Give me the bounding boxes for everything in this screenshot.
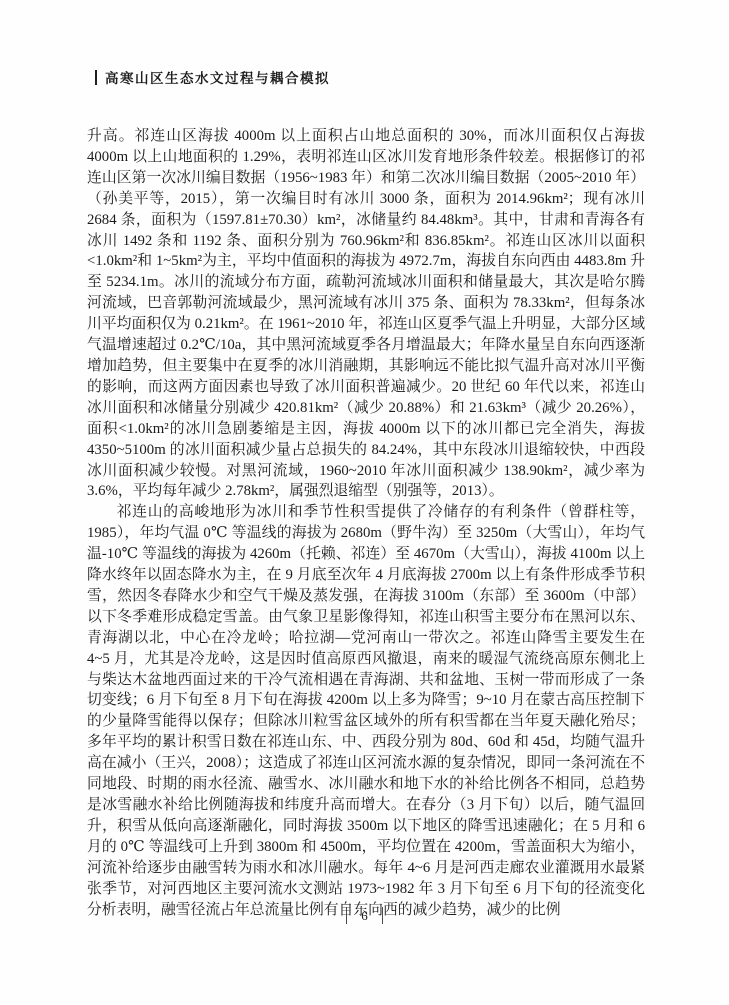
footer-left-bar [346,907,347,924]
page-number: 6 [361,908,368,924]
paragraph-glacier-overview: 升高。祁连山区海拔 4000m 以上面积占山地总面积的 30%，而冰川面积仅占海… [87,126,645,502]
running-head-title: 高寒山区生态水文过程与耦合模拟 [105,67,330,87]
footer-right-bar [382,907,383,924]
paragraph-snow-cover: 祁连山的高峻地形为冰川和季节性积雪提供了冷储存的有利条件（曾群柱等，1985），… [87,502,645,920]
document-page: 高寒山区生态水文过程与耦合模拟 升高。祁连山区海拔 4000m 以上面积占山地总… [0,0,729,1005]
header-divider-bar [95,70,97,85]
page-header: 高寒山区生态水文过程与耦合模拟 [95,68,330,86]
page-footer: 6 [0,907,729,924]
page-body: 升高。祁连山区海拔 4000m 以上面积占山地总面积的 30%，而冰川面积仅占海… [87,126,645,920]
